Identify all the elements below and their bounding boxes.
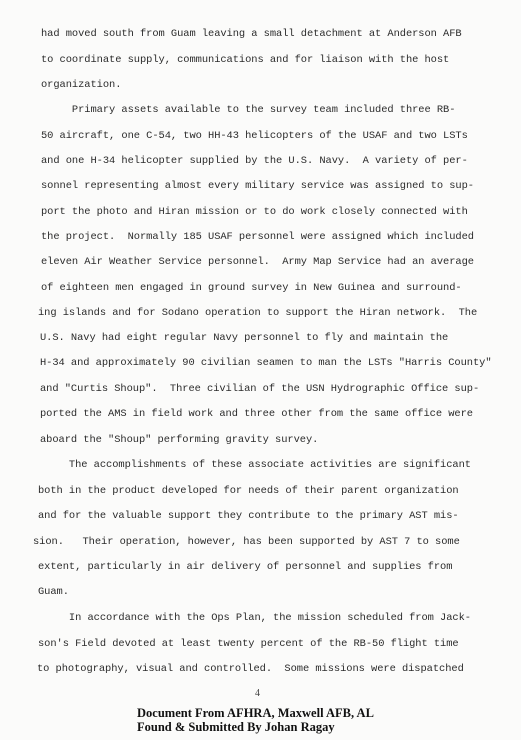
text-line: H-34 and approximately 90 civilian seame… — [40, 357, 492, 369]
text-line: to coordinate supply, communications and… — [41, 54, 449, 66]
text-line: to photography, visual and controlled. S… — [37, 663, 464, 675]
text-line: and for the valuable support they contri… — [38, 510, 459, 522]
text-line: organization. — [41, 79, 121, 91]
document-page: had moved south from Guam leaving a smal… — [0, 0, 521, 740]
text-line: In accordance with the Ops Plan, the mis… — [38, 612, 471, 624]
text-line: eleven Air Weather Service personnel. Ar… — [41, 256, 474, 268]
text-line: port the photo and Hiran mission or to d… — [41, 206, 468, 218]
text-line: The accomplishments of these associate a… — [38, 459, 471, 471]
text-line: extent, particularly in air delivery of … — [38, 561, 452, 573]
text-line: the project. Normally 185 USAF personnel… — [41, 231, 474, 243]
text-line: both in the product developed for needs … — [38, 485, 459, 497]
text-line: 50 aircraft, one C-54, two HH-43 helicop… — [41, 130, 468, 142]
text-line: Primary assets available to the survey t… — [41, 104, 455, 116]
text-line: had moved south from Guam leaving a smal… — [41, 28, 462, 40]
text-line: Guam. — [38, 586, 69, 598]
text-line: sonnel representing almost every militar… — [41, 180, 474, 192]
text-line: ported the AMS in field work and three o… — [40, 408, 473, 420]
page-number: 4 — [255, 688, 260, 699]
text-line: ing islands and for Sodano operation to … — [38, 307, 477, 319]
text-line: and one H-34 helicopter supplied by the … — [41, 155, 468, 167]
footer-submitter: Found & Submitted By Johan Ragay — [137, 720, 335, 734]
text-line: and "Curtis Shoup". Three civilian of th… — [40, 383, 479, 395]
text-line: U.S. Navy had eight regular Navy personn… — [40, 332, 448, 344]
text-line: aboard the "Shoup" performing gravity su… — [40, 434, 318, 446]
footer-source: Document From AFHRA, Maxwell AFB, AL — [137, 706, 374, 720]
text-line: sion. Their operation, however, has been… — [33, 536, 460, 548]
text-line: son's Field devoted at least twenty perc… — [38, 638, 459, 650]
text-line: of eighteen men engaged in ground survey… — [41, 282, 462, 294]
